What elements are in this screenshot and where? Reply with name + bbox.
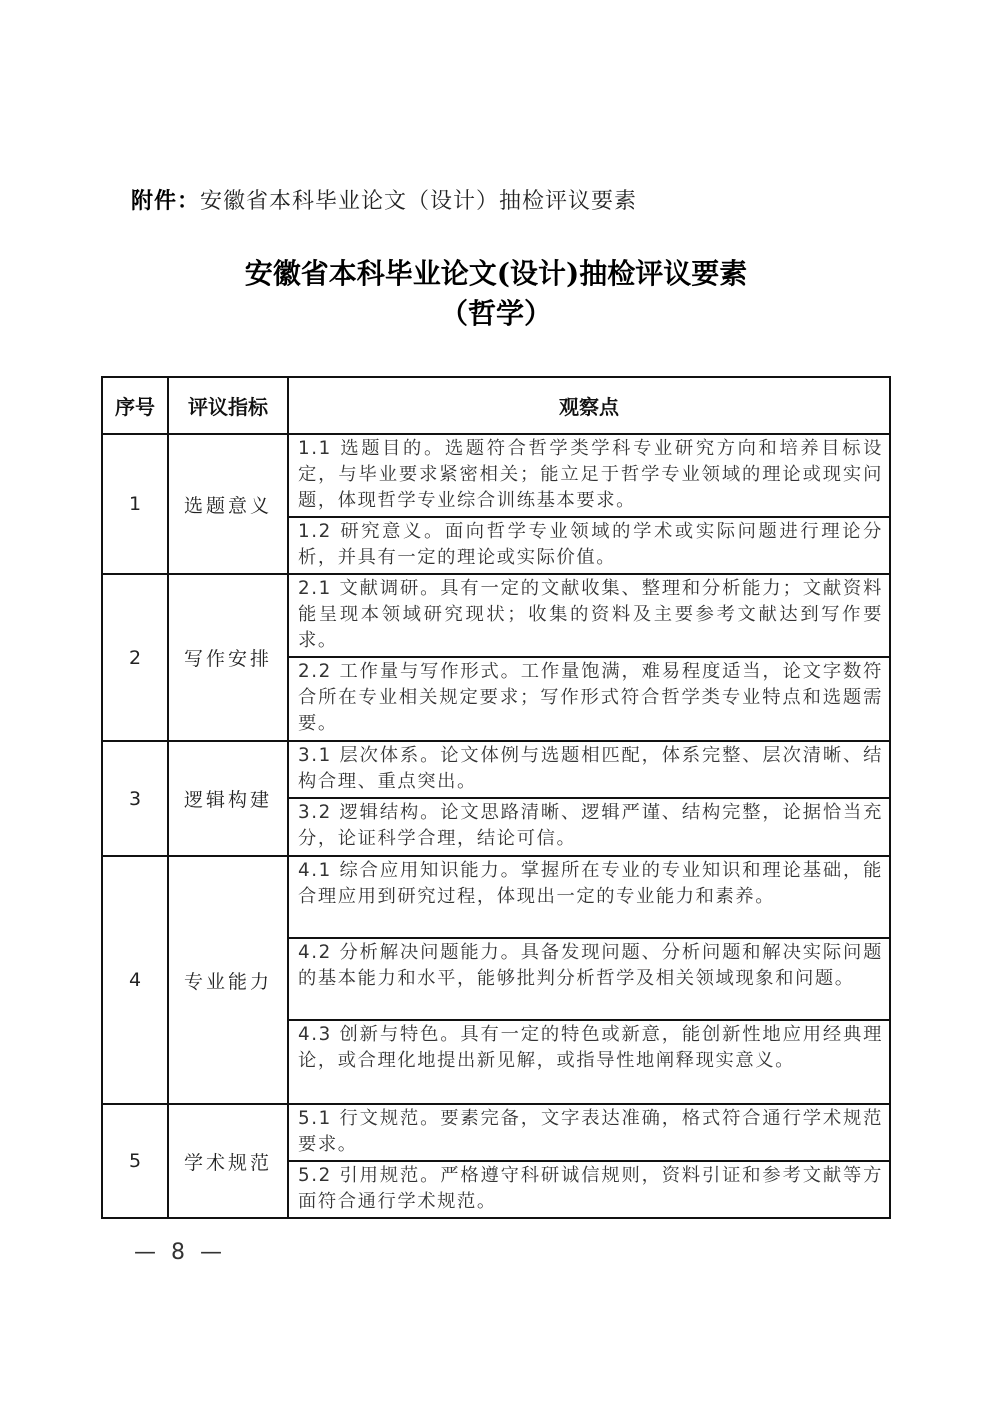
table-row: 1 选题意义 1.1 选题目的。选题符合哲学类学科专业研究方向和培养目标设定，与… xyxy=(102,434,890,517)
table-row: 3 逻辑构建 3.1 层次体系。论文体例与选题相匹配，体系完整、层次清晰、结构合… xyxy=(102,741,890,798)
observation-point: 4.1 综合应用知识能力。掌握所在专业的专业知识和理论基础，能合理应用到研究过程… xyxy=(288,856,890,938)
row-number: 3 xyxy=(102,741,168,856)
table-header-row: 序号 评议指标 观察点 xyxy=(102,377,890,434)
observation-point: 4.2 分析解决问题能力。具备发现问题、分析问题和解决实际问题的基本能力和水平，… xyxy=(288,938,890,1020)
document-title: 安徽省本科毕业论文(设计)抽检评议要素 xyxy=(0,252,992,292)
page-number: — 8 — xyxy=(134,1240,226,1265)
attachment-label: 附件： xyxy=(131,189,200,214)
observation-point: 5.2 引用规范。严格遵守科研诚信规则，资料引证和参考文献等方面符合通行学术规范… xyxy=(288,1161,890,1218)
header-no: 序号 xyxy=(102,377,168,434)
row-indicator: 学术规范 xyxy=(168,1104,288,1218)
criteria-table: 序号 评议指标 观察点 1 选题意义 1.1 选题目的。选题符合哲学类学科专业研… xyxy=(101,376,891,1219)
table-row: 4 专业能力 4.1 综合应用知识能力。掌握所在专业的专业知识和理论基础，能合理… xyxy=(102,856,890,938)
observation-point: 3.2 逻辑结构。论文思路清晰、逻辑严谨、结构完整，论据恰当充分，论证科学合理，… xyxy=(288,798,890,856)
row-number: 2 xyxy=(102,574,168,741)
row-number: 1 xyxy=(102,434,168,574)
header-points: 观察点 xyxy=(288,377,890,434)
table-row: 5 学术规范 5.1 行文规范。要素完备，文字表达准确，格式符合通行学术规范要求… xyxy=(102,1104,890,1161)
attachment-line: 附件：安徽省本科毕业论文（设计）抽检评议要素 xyxy=(131,184,637,215)
row-number: 5 xyxy=(102,1104,168,1218)
document-subtitle: （哲学） xyxy=(0,292,992,332)
observation-point: 4.3 创新与特色。具有一定的特色或新意，能创新性地应用经典理论，或合理化地提出… xyxy=(288,1020,890,1104)
row-indicator: 写作安排 xyxy=(168,574,288,741)
attachment-text: 安徽省本科毕业论文（设计）抽检评议要素 xyxy=(200,189,637,214)
row-indicator: 选题意义 xyxy=(168,434,288,574)
observation-point: 2.2 工作量与写作形式。工作量饱满，难易程度适当，论文字数符合所在专业相关规定… xyxy=(288,657,890,741)
observation-point: 5.1 行文规范。要素完备，文字表达准确，格式符合通行学术规范要求。 xyxy=(288,1104,890,1161)
observation-point: 1.1 选题目的。选题符合哲学类学科专业研究方向和培养目标设定，与毕业要求紧密相… xyxy=(288,434,890,517)
row-number: 4 xyxy=(102,856,168,1104)
header-indicator: 评议指标 xyxy=(168,377,288,434)
observation-point: 1.2 研究意义。面向哲学专业领域的学术或实际问题进行理论分析，并具有一定的理论… xyxy=(288,517,890,574)
row-indicator: 专业能力 xyxy=(168,856,288,1104)
observation-point: 3.1 层次体系。论文体例与选题相匹配，体系完整、层次清晰、结构合理、重点突出。 xyxy=(288,741,890,798)
table-row: 2 写作安排 2.1 文献调研。具有一定的文献收集、整理和分析能力；文献资料能呈… xyxy=(102,574,890,657)
row-indicator: 逻辑构建 xyxy=(168,741,288,856)
observation-point: 2.1 文献调研。具有一定的文献收集、整理和分析能力；文献资料能呈现本领域研究现… xyxy=(288,574,890,657)
